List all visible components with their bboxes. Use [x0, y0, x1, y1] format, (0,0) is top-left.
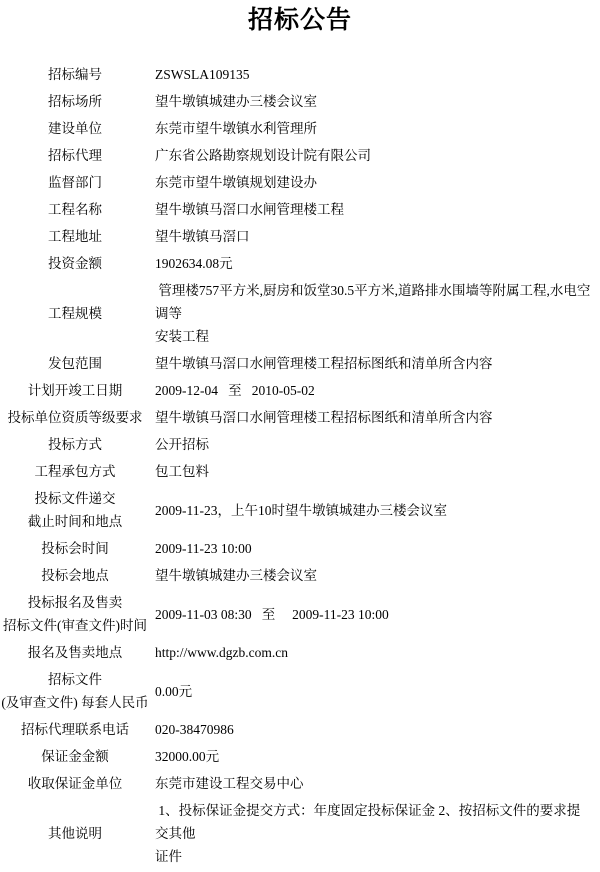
row-value: 广东省公路勘察规划设计院有限公司 [150, 144, 600, 167]
row-label: 投标单位资质等级要求 [0, 406, 150, 429]
row-label: 收取保证金单位 [0, 772, 150, 795]
row-label: 计划开竣工日期 [0, 379, 150, 402]
row-value: 望牛墩镇城建办三楼会议室 [150, 564, 600, 587]
table-row: 工程规模 管理楼757平方米,厨房和饭堂30.5平方米,道路排水围墙等附属工程,… [0, 279, 600, 348]
table-row: 监督部门 东莞市望牛墩镇规划建设办 [0, 171, 600, 194]
row-label: 建设单位 [0, 117, 150, 140]
table-row: 招标编号 ZSWSLA109135 [0, 63, 600, 86]
row-value: 望牛墩镇马滘口水闸管理楼工程招标图纸和清单所含内容 [150, 352, 600, 375]
table-row: 投标报名及售卖 招标文件(审查文件)时间 2009-11-03 08:30 至 … [0, 591, 600, 637]
row-value: 2009-11-23，上午10时望牛墩镇城建办三楼会议室 [150, 499, 600, 522]
row-value: 2009-11-23 10:00 [150, 537, 600, 560]
table-row: 投标单位资质等级要求 望牛墩镇马滘口水闸管理楼工程招标图纸和清单所含内容 [0, 406, 600, 429]
row-label: 发包范围 [0, 352, 150, 375]
row-label: 投标会时间 [0, 537, 150, 560]
row-value: 望牛墩镇马滘口水闸管理楼工程招标图纸和清单所含内容 [150, 406, 600, 429]
table-row: 招标文件 (及审查文件) 每套人民币 0.00元 [0, 668, 600, 714]
row-value: http://www.dgzb.com.cn [150, 641, 600, 664]
row-label: 投标文件递交 截止时间和地点 [0, 487, 150, 533]
row-label: 投资金额 [0, 252, 150, 275]
table-row: 报名及售卖地点 http://www.dgzb.com.cn [0, 641, 600, 664]
row-value: 020-38470986 [150, 718, 600, 741]
table-row: 招标代理联系电话 020-38470986 [0, 718, 600, 741]
table-row: 招标代理 广东省公路勘察规划设计院有限公司 [0, 144, 600, 167]
row-value: 公开招标 [150, 433, 600, 456]
table-row: 发包范围 望牛墩镇马滘口水闸管理楼工程招标图纸和清单所含内容 [0, 352, 600, 375]
table-row: 投标方式 公开招标 [0, 433, 600, 456]
table-row: 工程地址 望牛墩镇马滘口 [0, 225, 600, 248]
row-value: 32000.00元 [150, 745, 600, 768]
row-value: 东莞市望牛墩镇水利管理所 [150, 117, 600, 140]
table-row: 投资金额 1902634.08元 [0, 252, 600, 275]
row-value: 2009-11-03 08:30 至 2009-11-23 10:00 [150, 603, 600, 626]
row-value: 望牛墩镇马滘口 [150, 225, 600, 248]
table-row: 投标文件递交 截止时间和地点 2009-11-23，上午10时望牛墩镇城建办三楼… [0, 487, 600, 533]
table-row: 收取保证金单位 东莞市建设工程交易中心 [0, 772, 600, 795]
row-value: 0.00元 [150, 680, 600, 703]
table-row: 招标场所 望牛墩镇城建办三楼会议室 [0, 90, 600, 113]
tender-announcement-page: 招标公告 招标编号 ZSWSLA109135 招标场所 望牛墩镇城建办三楼会议室… [0, 0, 600, 868]
row-label: 监督部门 [0, 171, 150, 194]
row-label: 工程名称 [0, 198, 150, 221]
page-title: 招标公告 [0, 6, 600, 36]
row-label: 招标文件 (及审查文件) 每套人民币 [0, 668, 150, 714]
row-label: 工程规模 [0, 302, 150, 325]
table-row: 保证金金额 32000.00元 [0, 745, 600, 768]
table-row: 工程名称 望牛墩镇马滘口水闸管理楼工程 [0, 198, 600, 221]
table-row: 其他说明 1、投标保证金提交方式：年度固定投标保证金 2、按招标文件的要求提交其… [0, 799, 600, 868]
row-value: 包工包料 [150, 460, 600, 483]
row-value: 1902634.08元 [150, 252, 600, 275]
row-value: 望牛墩镇城建办三楼会议室 [150, 90, 600, 113]
row-label: 投标会地点 [0, 564, 150, 587]
row-value: ZSWSLA109135 [150, 63, 600, 86]
row-label: 投标报名及售卖 招标文件(审查文件)时间 [0, 591, 150, 637]
row-value: 管理楼757平方米,厨房和饭堂30.5平方米,道路排水围墙等附属工程,水电空调等… [150, 279, 600, 348]
table-row: 建设单位 东莞市望牛墩镇水利管理所 [0, 117, 600, 140]
row-value: 东莞市建设工程交易中心 [150, 772, 600, 795]
row-label: 招标编号 [0, 63, 150, 86]
table-row: 计划开竣工日期 2009-12-04 至 2010-05-02 [0, 379, 600, 402]
row-label: 工程地址 [0, 225, 150, 248]
row-label: 报名及售卖地点 [0, 641, 150, 664]
announcement-table: 招标编号 ZSWSLA109135 招标场所 望牛墩镇城建办三楼会议室 建设单位… [0, 63, 600, 868]
row-value: 东莞市望牛墩镇规划建设办 [150, 171, 600, 194]
row-label: 其他说明 [0, 822, 150, 845]
row-label: 保证金金额 [0, 745, 150, 768]
row-label: 投标方式 [0, 433, 150, 456]
row-value: 望牛墩镇马滘口水闸管理楼工程 [150, 198, 600, 221]
row-label: 招标代理 [0, 144, 150, 167]
table-row: 投标会时间 2009-11-23 10:00 [0, 537, 600, 560]
row-label: 招标场所 [0, 90, 150, 113]
row-label: 工程承包方式 [0, 460, 150, 483]
table-row: 工程承包方式 包工包料 [0, 460, 600, 483]
row-value: 1、投标保证金提交方式：年度固定投标保证金 2、按招标文件的要求提交其他 证件 [150, 799, 600, 868]
table-row: 投标会地点 望牛墩镇城建办三楼会议室 [0, 564, 600, 587]
row-label: 招标代理联系电话 [0, 718, 150, 741]
row-value: 2009-12-04 至 2010-05-02 [150, 379, 600, 402]
